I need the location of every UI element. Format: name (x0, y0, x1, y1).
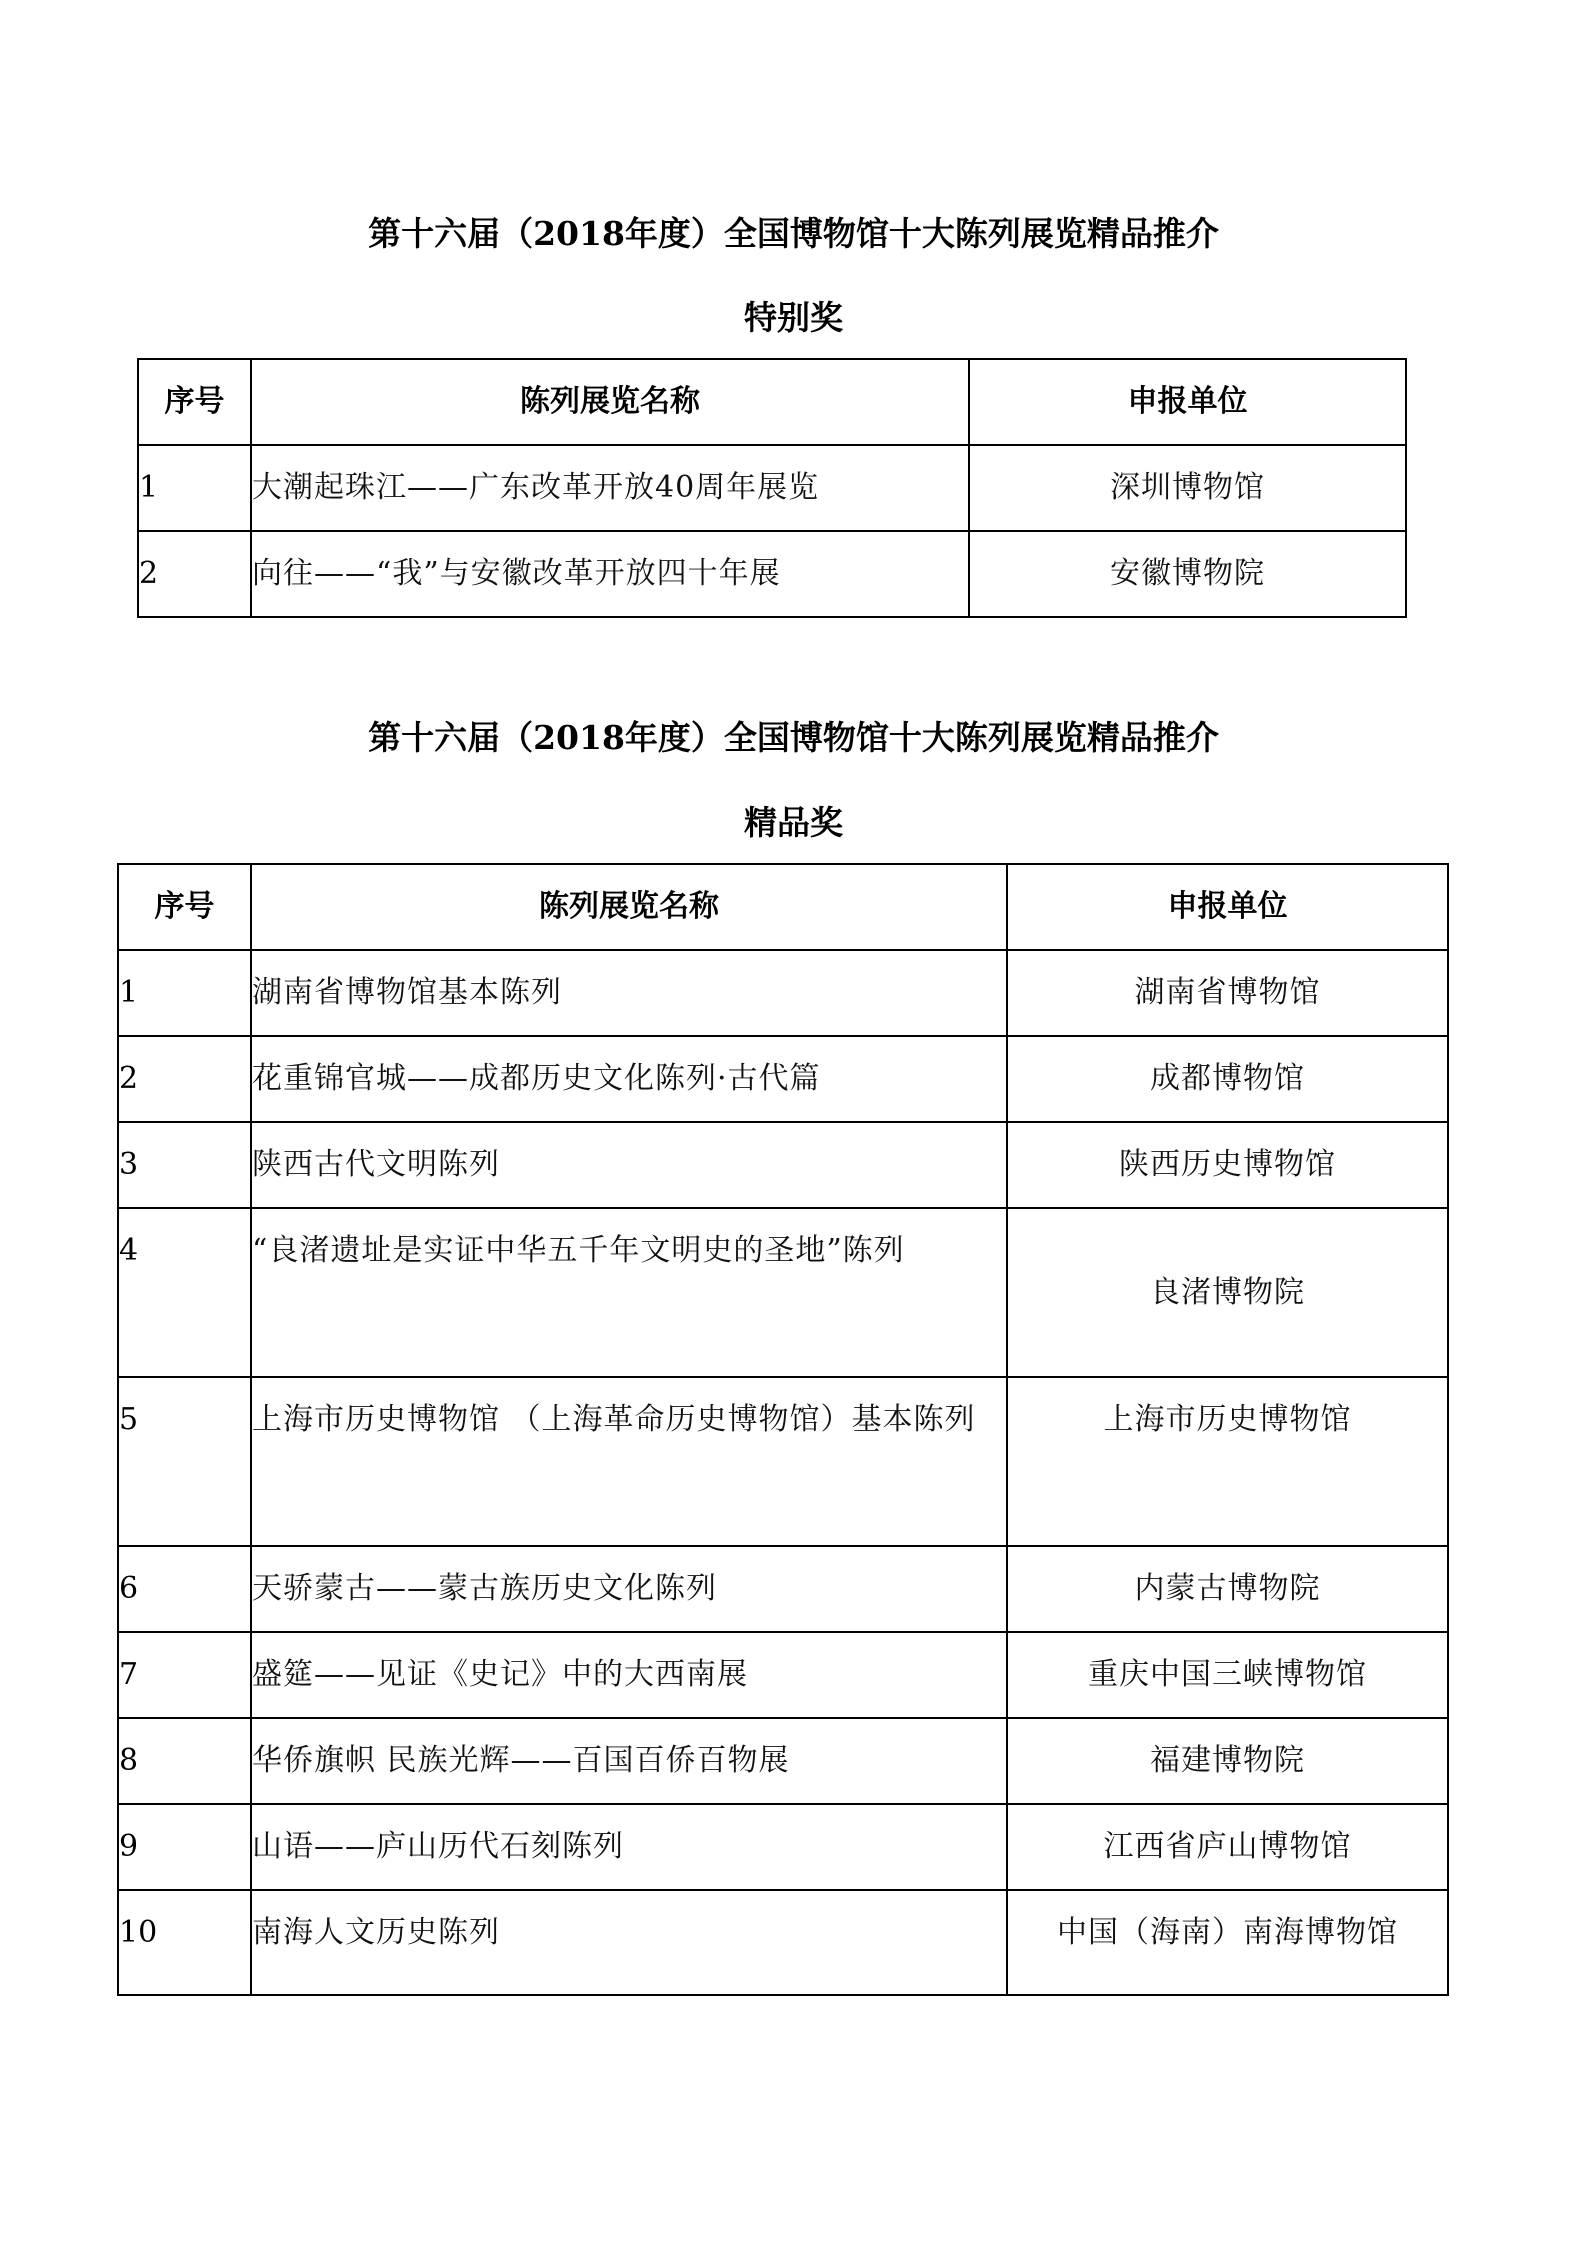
table-row: 3 陕西古代文明陈列 陕西历史博物馆 (118, 1122, 1448, 1208)
cell-unit: 成都博物馆 (1007, 1036, 1448, 1122)
cell-no: 2 (118, 1036, 251, 1122)
table-row: 6 天骄蒙古——蒙古族历史文化陈列 内蒙古博物院 (118, 1546, 1448, 1632)
table-row: 10 南海人文历史陈列 中国（海南）南海博物馆 (118, 1890, 1448, 1995)
cell-no: 5 (118, 1377, 251, 1546)
cell-unit: 上海市历史博物馆 (1007, 1377, 1448, 1546)
table-row: 5 上海市历史博物馆 （上海革命历史博物馆）基本陈列 上海市历史博物馆 (118, 1377, 1448, 1546)
cell-unit: 良渚博物院 (1007, 1208, 1448, 1377)
table-row: 1 湖南省博物馆基本陈列 湖南省博物馆 (118, 950, 1448, 1036)
cell-unit: 江西省庐山博物馆 (1007, 1804, 1448, 1890)
section-subtitle-fine: 精品奖 (0, 803, 1587, 843)
cell-unit: 安徽博物院 (969, 531, 1406, 617)
cell-exhibition-name: 天骄蒙古——蒙古族历史文化陈列 (251, 1546, 1007, 1632)
table-header-row: 序号 陈列展览名称 申报单位 (118, 864, 1448, 950)
cell-no: 9 (118, 1804, 251, 1890)
cell-unit: 内蒙古博物院 (1007, 1546, 1448, 1632)
cell-unit: 重庆中国三峡博物馆 (1007, 1632, 1448, 1718)
table-row: 1 大潮起珠江——广东改革开放40周年展览 深圳博物馆 (138, 445, 1406, 531)
cell-no: 7 (118, 1632, 251, 1718)
cell-exhibition-name: 华侨旗帜 民族光辉——百国百侨百物展 (251, 1718, 1007, 1804)
header-exhibition-name: 陈列展览名称 (251, 864, 1007, 950)
table-row: 8 华侨旗帜 民族光辉——百国百侨百物展 福建博物院 (118, 1718, 1448, 1804)
cell-no: 2 (138, 531, 251, 617)
table-row: 4 “良渚遗址是实证中华五千年文明史的圣地”陈列 良渚博物院 (118, 1208, 1448, 1377)
header-unit: 申报单位 (969, 359, 1406, 445)
cell-exhibition-name: 南海人文历史陈列 (251, 1890, 1007, 1995)
cell-unit: 中国（海南）南海博物馆 (1007, 1890, 1448, 1995)
cell-no: 3 (118, 1122, 251, 1208)
cell-exhibition-name: “良渚遗址是实证中华五千年文明史的圣地”陈列 (251, 1208, 1007, 1377)
section-title-special: 第十六届（2018年度）全国博物馆十大陈列展览精品推介 (0, 214, 1587, 254)
header-exhibition-name: 陈列展览名称 (251, 359, 969, 445)
header-no: 序号 (138, 359, 251, 445)
cell-no: 10 (118, 1890, 251, 1995)
cell-exhibition-name: 陕西古代文明陈列 (251, 1122, 1007, 1208)
cell-no: 6 (118, 1546, 251, 1632)
cell-exhibition-name: 上海市历史博物馆 （上海革命历史博物馆）基本陈列 (251, 1377, 1007, 1546)
header-no: 序号 (118, 864, 251, 950)
cell-exhibition-name: 大潮起珠江——广东改革开放40周年展览 (251, 445, 969, 531)
cell-exhibition-name: 盛筵——见证《史记》中的大西南展 (251, 1632, 1007, 1718)
cell-unit: 深圳博物馆 (969, 445, 1406, 531)
cell-no: 8 (118, 1718, 251, 1804)
table-row: 2 花重锦官城——成都历史文化陈列·古代篇 成都博物馆 (118, 1036, 1448, 1122)
cell-no: 4 (118, 1208, 251, 1377)
cell-exhibition-name: 向往——“我”与安徽改革开放四十年展 (251, 531, 969, 617)
cell-unit: 福建博物院 (1007, 1718, 1448, 1804)
fine-award-table: 序号 陈列展览名称 申报单位 1 湖南省博物馆基本陈列 湖南省博物馆 2 花重锦… (117, 863, 1449, 1996)
table-row: 2 向往——“我”与安徽改革开放四十年展 安徽博物院 (138, 531, 1406, 617)
section-title-fine: 第十六届（2018年度）全国博物馆十大陈列展览精品推介 (0, 718, 1587, 758)
cell-unit: 湖南省博物馆 (1007, 950, 1448, 1036)
section-subtitle-special: 特别奖 (0, 298, 1587, 338)
table-row: 7 盛筵——见证《史记》中的大西南展 重庆中国三峡博物馆 (118, 1632, 1448, 1718)
cell-no: 1 (118, 950, 251, 1036)
cell-exhibition-name: 湖南省博物馆基本陈列 (251, 950, 1007, 1036)
table-header-row: 序号 陈列展览名称 申报单位 (138, 359, 1406, 445)
cell-unit: 陕西历史博物馆 (1007, 1122, 1448, 1208)
table-row: 9 山语——庐山历代石刻陈列 江西省庐山博物馆 (118, 1804, 1448, 1890)
cell-exhibition-name: 花重锦官城——成都历史文化陈列·古代篇 (251, 1036, 1007, 1122)
header-unit: 申报单位 (1007, 864, 1448, 950)
special-award-table: 序号 陈列展览名称 申报单位 1 大潮起珠江——广东改革开放40周年展览 深圳博… (137, 358, 1407, 618)
cell-exhibition-name: 山语——庐山历代石刻陈列 (251, 1804, 1007, 1890)
cell-no: 1 (138, 445, 251, 531)
